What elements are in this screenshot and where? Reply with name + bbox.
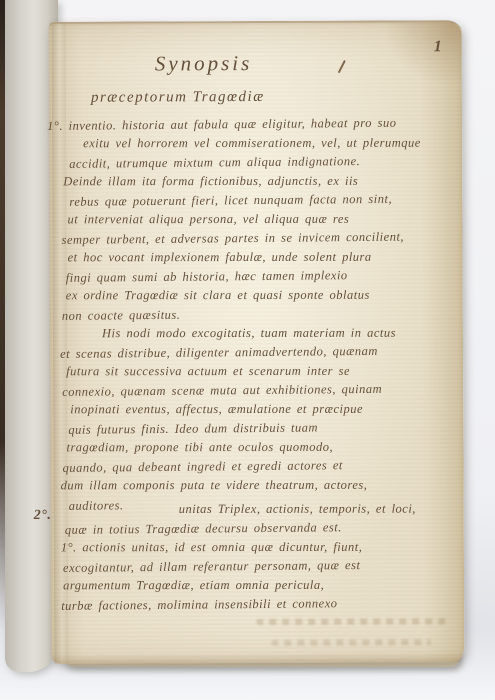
manuscript-line: argumentum Tragœdiæ, etiam omnia pericul… [63, 576, 459, 596]
manuscript-line: 1°. actionis unitas, id est omnia quæ di… [61, 538, 459, 558]
show-through-marks [256, 618, 451, 625]
manuscript-line: exitu vel horrorem vel commiserationem, … [83, 134, 457, 154]
manuscript-page: 1 Synopsis præceptorum Tragœdiæ 1°. inve… [49, 20, 465, 664]
manuscript-line: excogitantur, ad illam referantur person… [63, 555, 459, 578]
manuscript-line: connexio, quænam scenæ muta aut exhibiti… [62, 379, 458, 402]
manuscript-line: unitas Triplex, actionis, temporis, et l… [179, 499, 459, 518]
manuscript-body: 1°. inventio. historia aut fabula quæ el… [59, 114, 459, 615]
manuscript-line: et scenas distribue, diligenter animadve… [60, 341, 458, 364]
manuscript-line: non coacte quæsitus. [62, 303, 458, 326]
manuscript-subtitle: præceptorum Tragœdiæ [91, 89, 265, 107]
manuscript-line: turbæ factiones, molimina insensibili et… [61, 593, 459, 616]
margin-note: 2°. [34, 506, 52, 525]
show-through-marks [271, 639, 431, 646]
stray-ink-mark [338, 60, 346, 73]
manuscript-line: accidit, utrumque mixtum cum aliqua indi… [69, 151, 457, 174]
manuscript-line: 1°. inventio. historia aut fabula quæ el… [47, 113, 457, 136]
manuscript-line: semper turbent, et adversas partes in se… [61, 227, 457, 250]
manuscript-line: quæ in totius Tragœdiæ decursu observand… [65, 517, 459, 540]
page-number: 1 [434, 38, 442, 56]
manuscript-line: His nodi modo excogitatis, tuam materiam… [102, 324, 458, 344]
manuscript-line: quando, qua debeant ingredi et egredi ac… [62, 455, 458, 478]
manuscript-line: Deinde illam ita forma fictionibus, adju… [63, 172, 457, 192]
manuscript-line: rebus quæ potuerunt fieri, licet nunquam… [69, 189, 457, 212]
manuscript-line: et hoc vocant implexionem fabulæ, unde s… [68, 248, 458, 268]
manuscript-line: inopinati eventus, affectus, æmulatione … [70, 400, 458, 420]
manuscript-line: dum illam componis puta te videre theatr… [61, 476, 459, 496]
manuscript-photo: 1 Synopsis præceptorum Tragœdiæ 1°. inve… [0, 0, 495, 700]
manuscript-title: Synopsis [155, 51, 253, 76]
manuscript-line: ex ordine Tragœdiæ sit clara et quasi sp… [66, 286, 458, 306]
manuscript-line: quis futurus finis. Ideo dum distribuis … [68, 417, 458, 440]
manuscript-line: tragœdiam, propone tibi ante oculos quom… [66, 438, 458, 458]
manuscript-line: futura sit successiva actuum et scenarum… [66, 362, 458, 382]
manuscript-line: ut interveniat aliqua persona, vel aliqu… [67, 210, 457, 230]
toned-corner [384, 22, 462, 86]
manuscript-line: fingi quam sumi ab historia, hæc tamen i… [66, 265, 458, 288]
